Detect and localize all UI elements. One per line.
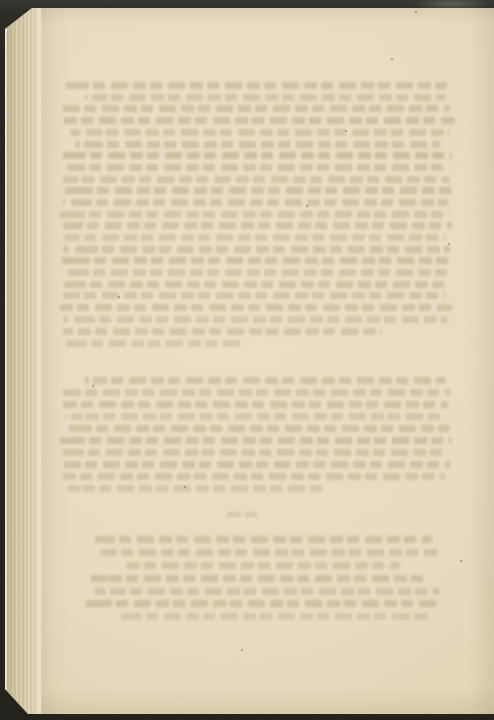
- dust-speck: [241, 649, 243, 651]
- dust-speck: [415, 11, 417, 13]
- scanned-book-page-photo: [0, 0, 494, 720]
- dust-speck: [391, 58, 393, 60]
- dust-speck: [118, 296, 120, 298]
- dust-speck: [92, 385, 94, 387]
- dust-speck: [184, 486, 186, 488]
- dust-specks: [0, 0, 494, 720]
- dust-speck: [448, 243, 450, 245]
- dust-speck: [306, 205, 308, 207]
- dust-speck: [460, 560, 462, 562]
- dust-speck: [345, 130, 347, 132]
